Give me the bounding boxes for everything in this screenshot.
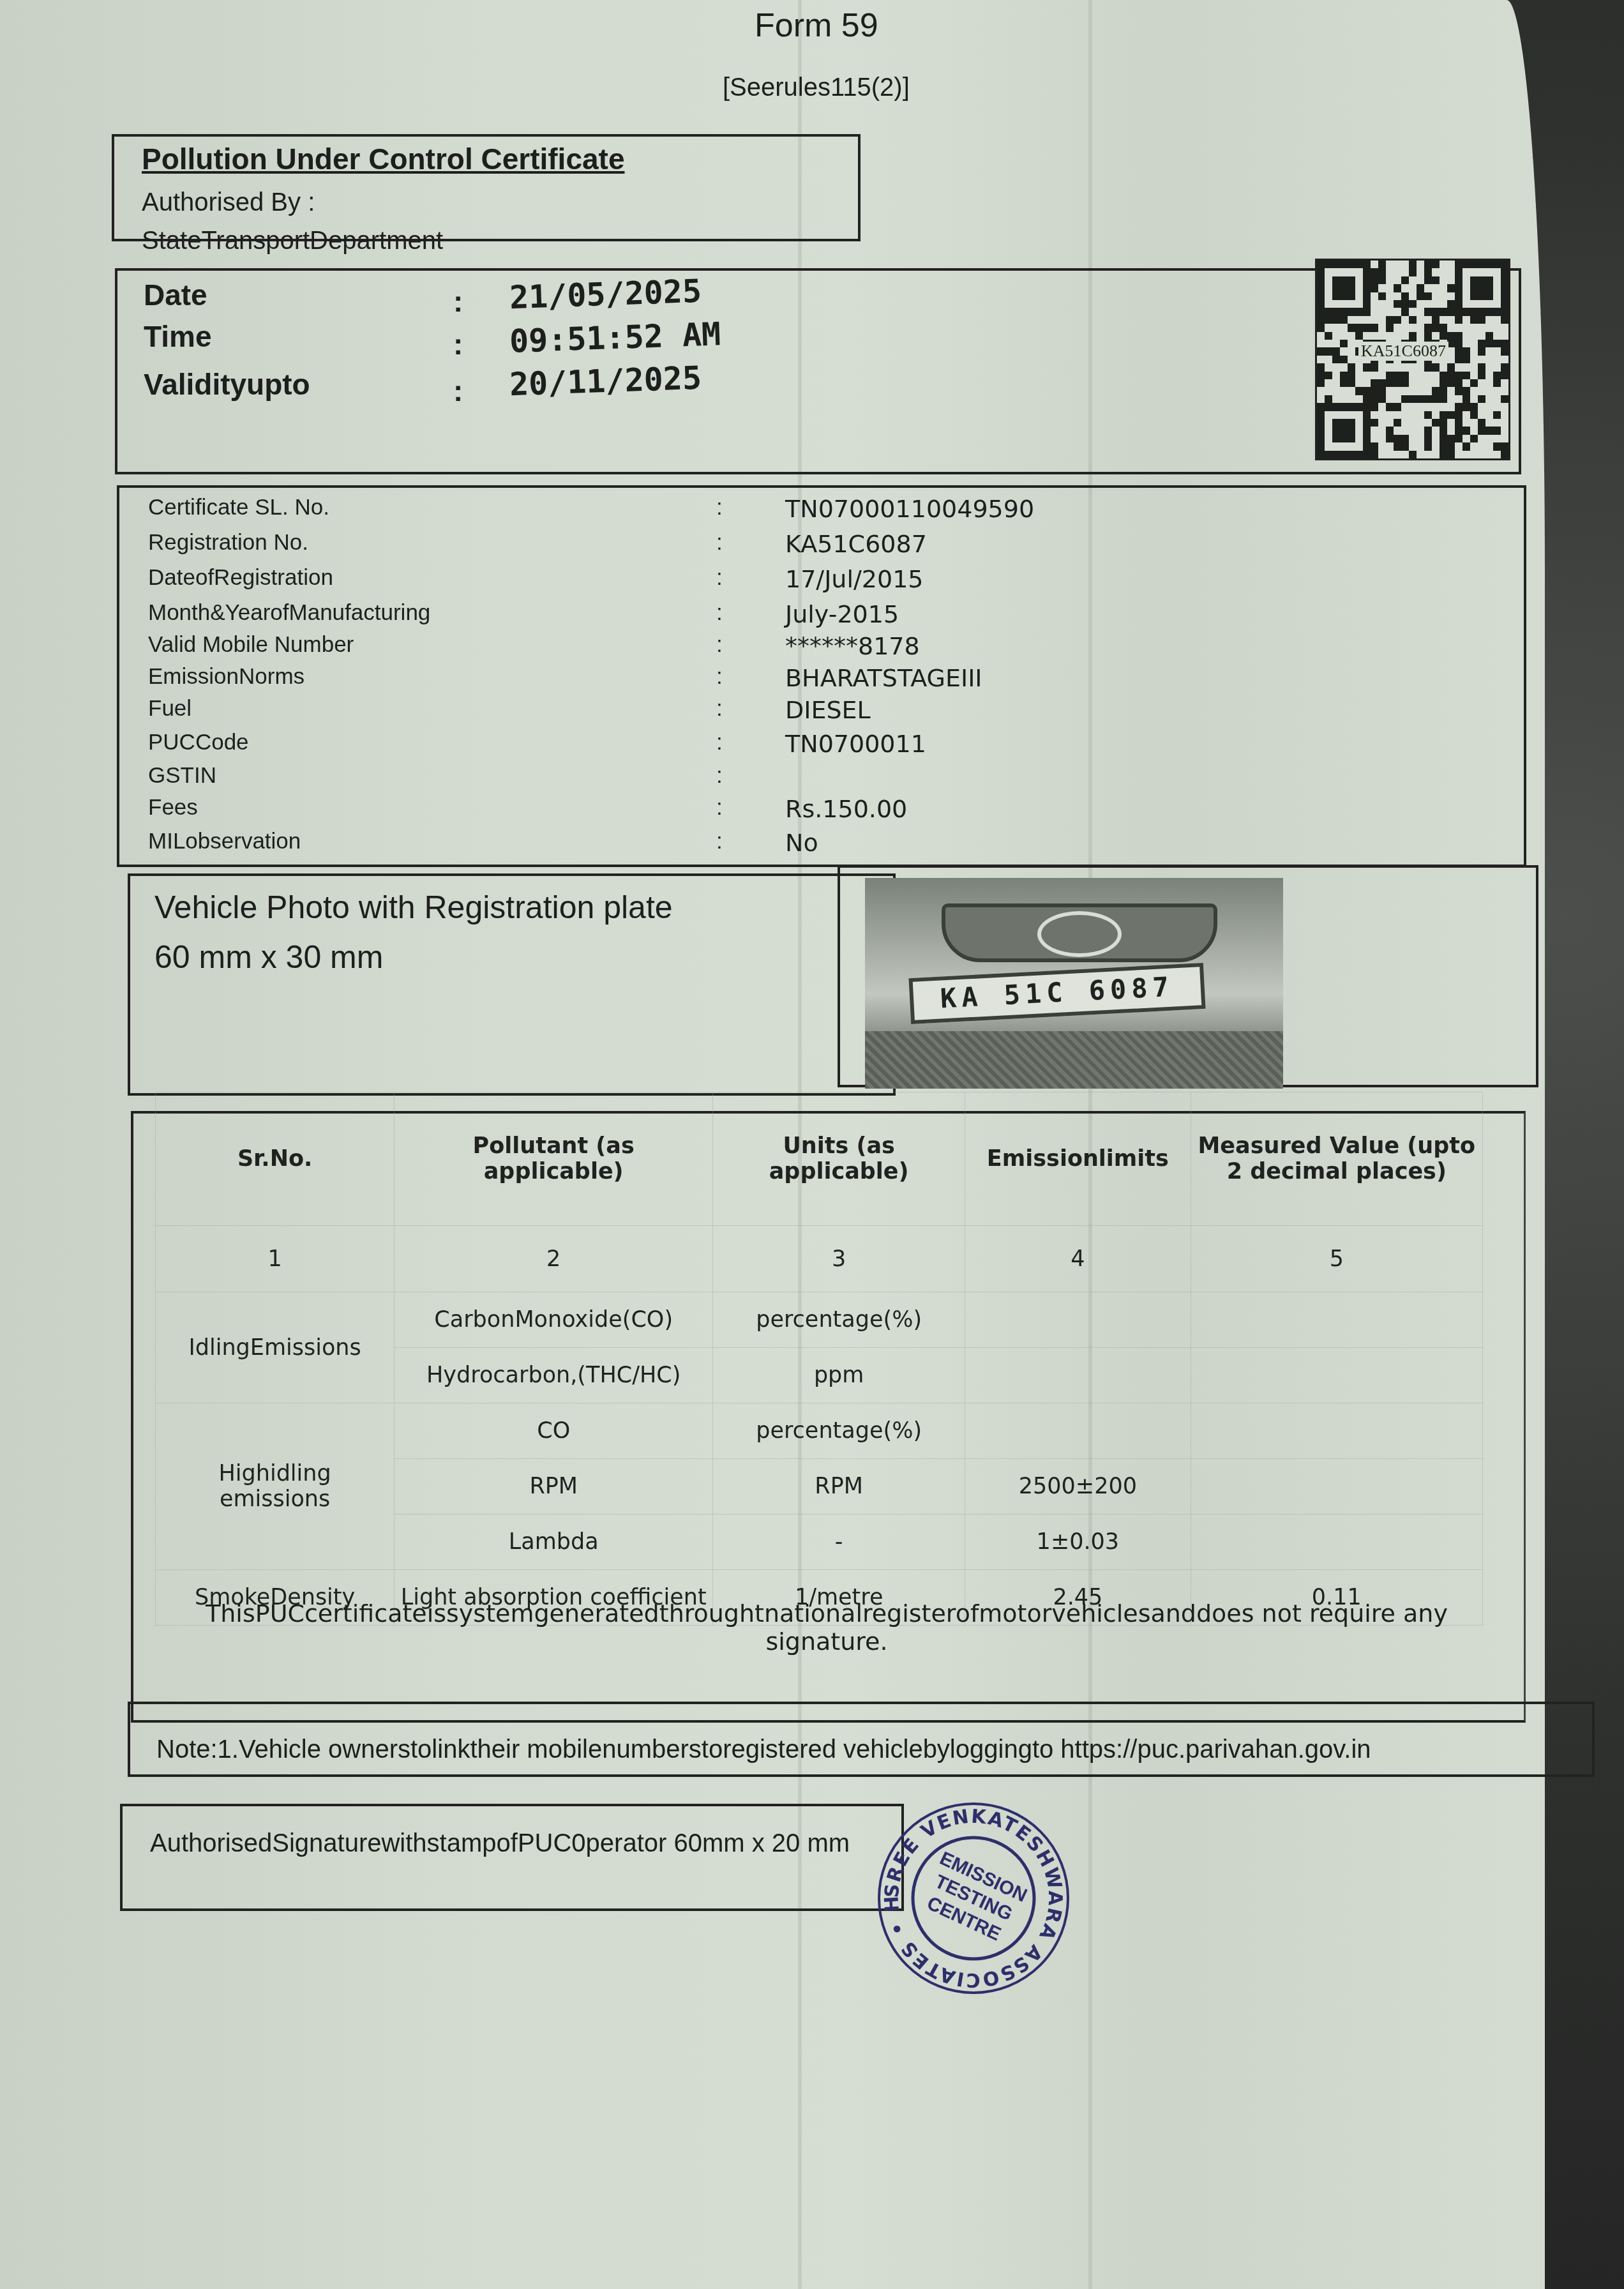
column-number: 4 (965, 1226, 1191, 1292)
measured-cell (1191, 1515, 1482, 1570)
detail-label: Registration No. (148, 530, 308, 555)
limit-cell: 2500±200 (965, 1459, 1191, 1515)
detail-value: BHARATSTAGEIII (785, 664, 982, 692)
measured-cell (1191, 1459, 1482, 1515)
detail-row: Fees:Rs.150.00 (148, 795, 1169, 828)
header-emission-limits: Emissionlimits (965, 1092, 1191, 1226)
detail-separator: : (716, 795, 723, 820)
emissions-table: Sr.No. Pollutant (as applicable) Units (… (155, 1092, 1483, 1626)
detail-row: Certificate SL. No.:TN07000110049590 (148, 495, 1169, 528)
detail-separator: : (716, 763, 723, 789)
measured-cell (1191, 1348, 1482, 1403)
measured-cell (1191, 1292, 1482, 1348)
detail-label: MILobservation (148, 829, 301, 854)
detail-row: EmissionNorms:BHARATSTAGEIII (148, 664, 1169, 697)
detail-label: Month&YearofManufacturing (148, 600, 430, 626)
validity-separator: : (453, 374, 463, 408)
measured-cell (1191, 1403, 1482, 1459)
emission-group: IdlingEmissions (156, 1292, 395, 1403)
header-measured-value: Measured Value (upto 2 decimal places) (1191, 1092, 1482, 1226)
vehicle-photo-title: Vehicle Photo with Registration plate (154, 889, 673, 926)
road-surface (865, 1031, 1283, 1089)
validity-label: Validityupto (144, 367, 310, 402)
certificate-title: Pollution Under Control Certificate (142, 142, 624, 176)
detail-row: DateofRegistration:17/Jul/2015 (148, 565, 1169, 598)
limit-cell (965, 1292, 1191, 1348)
detail-label: EmissionNorms (148, 664, 304, 690)
signature-label: AuthorisedSignaturewithstampofPUC0perato… (150, 1820, 852, 1868)
date-label: Date (144, 278, 207, 312)
detail-separator: : (716, 829, 723, 854)
detail-value: KA51C6087 (785, 530, 927, 558)
detail-separator: : (716, 696, 723, 721)
detail-separator: : (716, 664, 723, 690)
detail-label: Fees (148, 795, 198, 820)
header-pollutant: Pollutant (as applicable) (395, 1092, 713, 1226)
detail-label: Valid Mobile Number (148, 632, 354, 658)
detail-value: 17/Jul/2015 (785, 565, 924, 593)
header-units: Units (as applicable) (713, 1092, 965, 1226)
detail-value: Rs.150.00 (785, 795, 907, 823)
detail-label: Certificate SL. No. (148, 495, 329, 520)
detail-row: PUCCode:TN0700011 (148, 730, 1169, 763)
time-value: 09:51:52 AM (509, 315, 721, 360)
time-separator: : (453, 327, 463, 361)
column-number: 3 (713, 1226, 965, 1292)
validity-value: 20/11/2025 (509, 359, 702, 403)
detail-row: Fuel:DIESEL (148, 696, 1169, 729)
detail-row: Registration No.:KA51C6087 (148, 530, 1169, 563)
column-number: 1 (156, 1226, 395, 1292)
vehicle-photo: KA 51C 6087 (865, 878, 1283, 1089)
detail-separator: : (716, 600, 723, 626)
detail-separator: : (716, 530, 723, 555)
unit-cell: percentage(%) (713, 1292, 965, 1348)
detail-label: PUCCode (148, 730, 249, 755)
note-text: Note:1.Vehicle ownerstolinktheir mobilen… (156, 1735, 1371, 1764)
detail-value: TN07000110049590 (785, 495, 1034, 523)
detail-separator: : (716, 632, 723, 658)
table-row: Highidling emissionsCOpercentage(%) (156, 1403, 1483, 1459)
authorised-by-label: Authorised By : (142, 188, 315, 217)
rule-reference: [Seerules115(2)] (723, 73, 910, 102)
detail-value: DIESEL (785, 696, 871, 724)
date-value: 21/05/2025 (509, 273, 702, 316)
detail-row: Valid Mobile Number:******8178 (148, 632, 1169, 665)
unit-cell: percentage(%) (713, 1403, 965, 1459)
pollutant-cell: Hydrocarbon,(THC/HC) (395, 1348, 713, 1403)
table-header-row: Sr.No. Pollutant (as applicable) Units (… (156, 1092, 1483, 1226)
detail-label: DateofRegistration (148, 565, 333, 591)
vehicle-photo-size: 60 mm x 30 mm (154, 939, 383, 976)
authorising-department: StateTransportDepartment (142, 227, 443, 255)
emission-group: Highidling emissions (156, 1403, 395, 1570)
detail-row: GSTIN: (148, 763, 1169, 796)
column-number-row: 12345 (156, 1226, 1483, 1292)
column-number: 5 (1191, 1226, 1482, 1292)
detail-row: MILobservation:No (148, 829, 1169, 862)
detail-label: GSTIN (148, 763, 216, 789)
pollutant-cell: RPM (395, 1459, 713, 1515)
detail-value: July-2015 (785, 600, 899, 628)
qr-code-caption: KA51C6087 (1358, 342, 1448, 361)
unit-cell: ppm (713, 1348, 965, 1403)
pollutant-cell: CarbonMonoxide(CO) (395, 1292, 713, 1348)
detail-row: Month&YearofManufacturing:July-2015 (148, 600, 1169, 633)
form-title: Form 59 (755, 6, 878, 45)
limit-cell (965, 1403, 1191, 1459)
pollutant-cell: Lambda (395, 1515, 713, 1570)
car-emblem-icon (1037, 911, 1122, 957)
detail-value: TN0700011 (785, 730, 926, 758)
detail-separator: : (716, 730, 723, 755)
limit-cell: 1±0.03 (965, 1515, 1191, 1570)
unit-cell: - (713, 1515, 965, 1570)
column-number: 2 (395, 1226, 713, 1292)
table-row: IdlingEmissionsCarbonMonoxide(CO)percent… (156, 1292, 1483, 1348)
detail-value: No (785, 829, 818, 857)
header-sr-no: Sr.No. (156, 1092, 395, 1226)
date-separator: : (453, 284, 463, 319)
pollutant-cell: CO (395, 1403, 713, 1459)
operator-stamp: SREE VENKATESHWARA ASSOCIATES • HOSUR • … (875, 1799, 1072, 1997)
unit-cell: RPM (713, 1459, 965, 1515)
detail-separator: : (716, 495, 723, 520)
time-label: Time (144, 319, 212, 354)
detail-value: ******8178 (785, 632, 920, 660)
system-generated-disclaimer: ThisPUCcertificateissystemgeneratedthrou… (204, 1599, 1449, 1656)
registration-plate: KA 51C 6087 (908, 963, 1205, 1024)
detail-label: Fuel (148, 696, 192, 721)
limit-cell (965, 1348, 1191, 1403)
date-time-section (115, 268, 1521, 474)
detail-separator: : (716, 565, 723, 591)
